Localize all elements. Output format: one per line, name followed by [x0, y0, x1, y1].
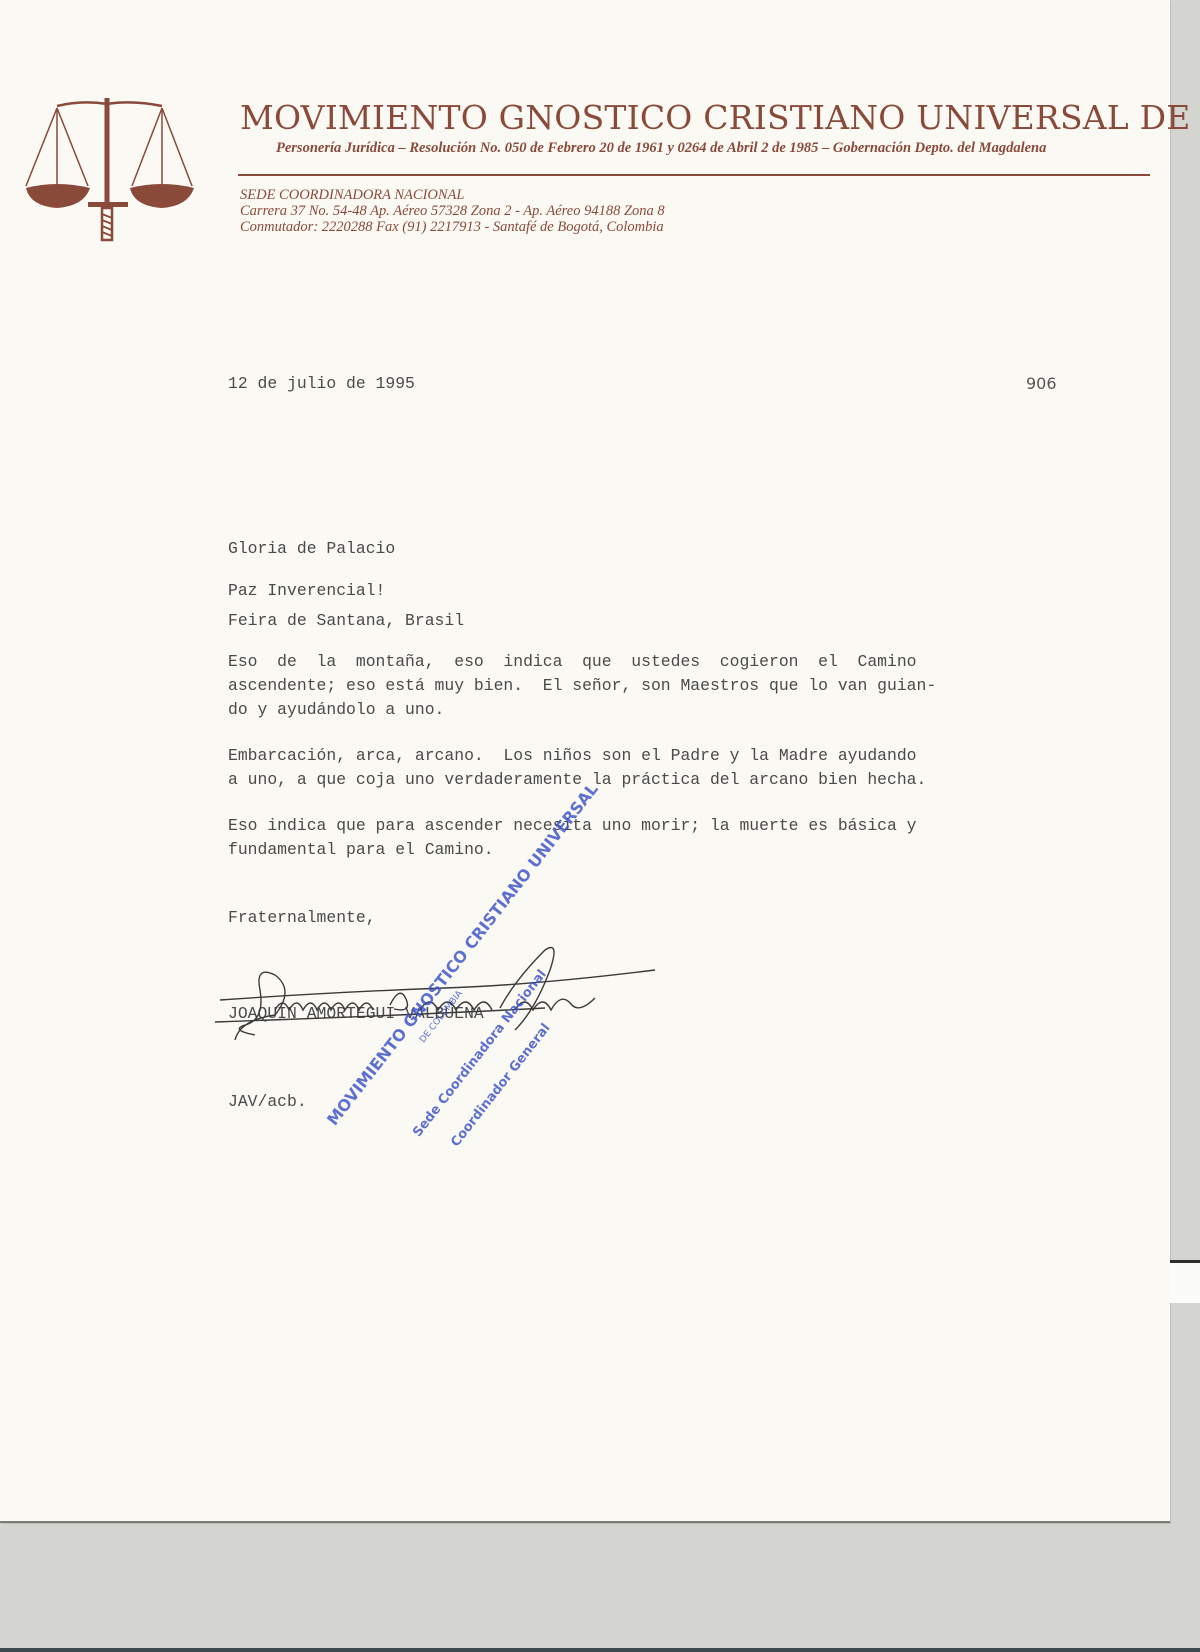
scales-of-justice-logo-icon	[12, 88, 202, 248]
header-divider	[238, 174, 1150, 176]
legal-registration-line: Personería Jurídica – Resolución No. 050…	[276, 140, 1156, 157]
letter-date: 12 de julio de 1995	[228, 374, 415, 393]
organization-name: MOVIMIENTO GNOSTICO CRISTIANO UNIVERSAL …	[240, 98, 1160, 137]
scanner-edge-highlight	[1170, 1263, 1200, 1303]
sede-address-block: SEDE COORDINADORA NACIONAL Carrera 37 No…	[240, 187, 665, 235]
sede-title: SEDE COORDINADORA NACIONAL	[240, 187, 665, 203]
recipient-location: Feira de Santana, Brasil	[228, 609, 464, 633]
official-rubber-stamp: MOVIMIENTO GNOSTICO CRISTIANO UNIVERSAL …	[330, 885, 630, 1145]
typist-initials: JAV/acb.	[228, 1092, 307, 1111]
body-paragraph-3: Eso indica que para ascender necesita un…	[228, 814, 1063, 862]
scanner-bottom-edge	[0, 1648, 1200, 1652]
salutation: Paz Inverencial!	[228, 581, 385, 600]
letter-page: MOVIMIENTO GNOSTICO CRISTIANO UNIVERSAL …	[0, 0, 1170, 1523]
sede-phone: Conmutador: 2220288 Fax (91) 2217913 - S…	[240, 219, 665, 235]
reference-number: 906	[1026, 374, 1057, 393]
recipient-name: Gloria de Palacio	[228, 537, 464, 561]
sede-address: Carrera 37 No. 54-48 Ap. Aéreo 57328 Zon…	[240, 203, 665, 219]
body-paragraph-2: Embarcación, arca, arcano. Los niños son…	[228, 744, 1063, 792]
body-paragraph-1: Eso de la montaña, eso indica que ustede…	[228, 650, 1063, 722]
